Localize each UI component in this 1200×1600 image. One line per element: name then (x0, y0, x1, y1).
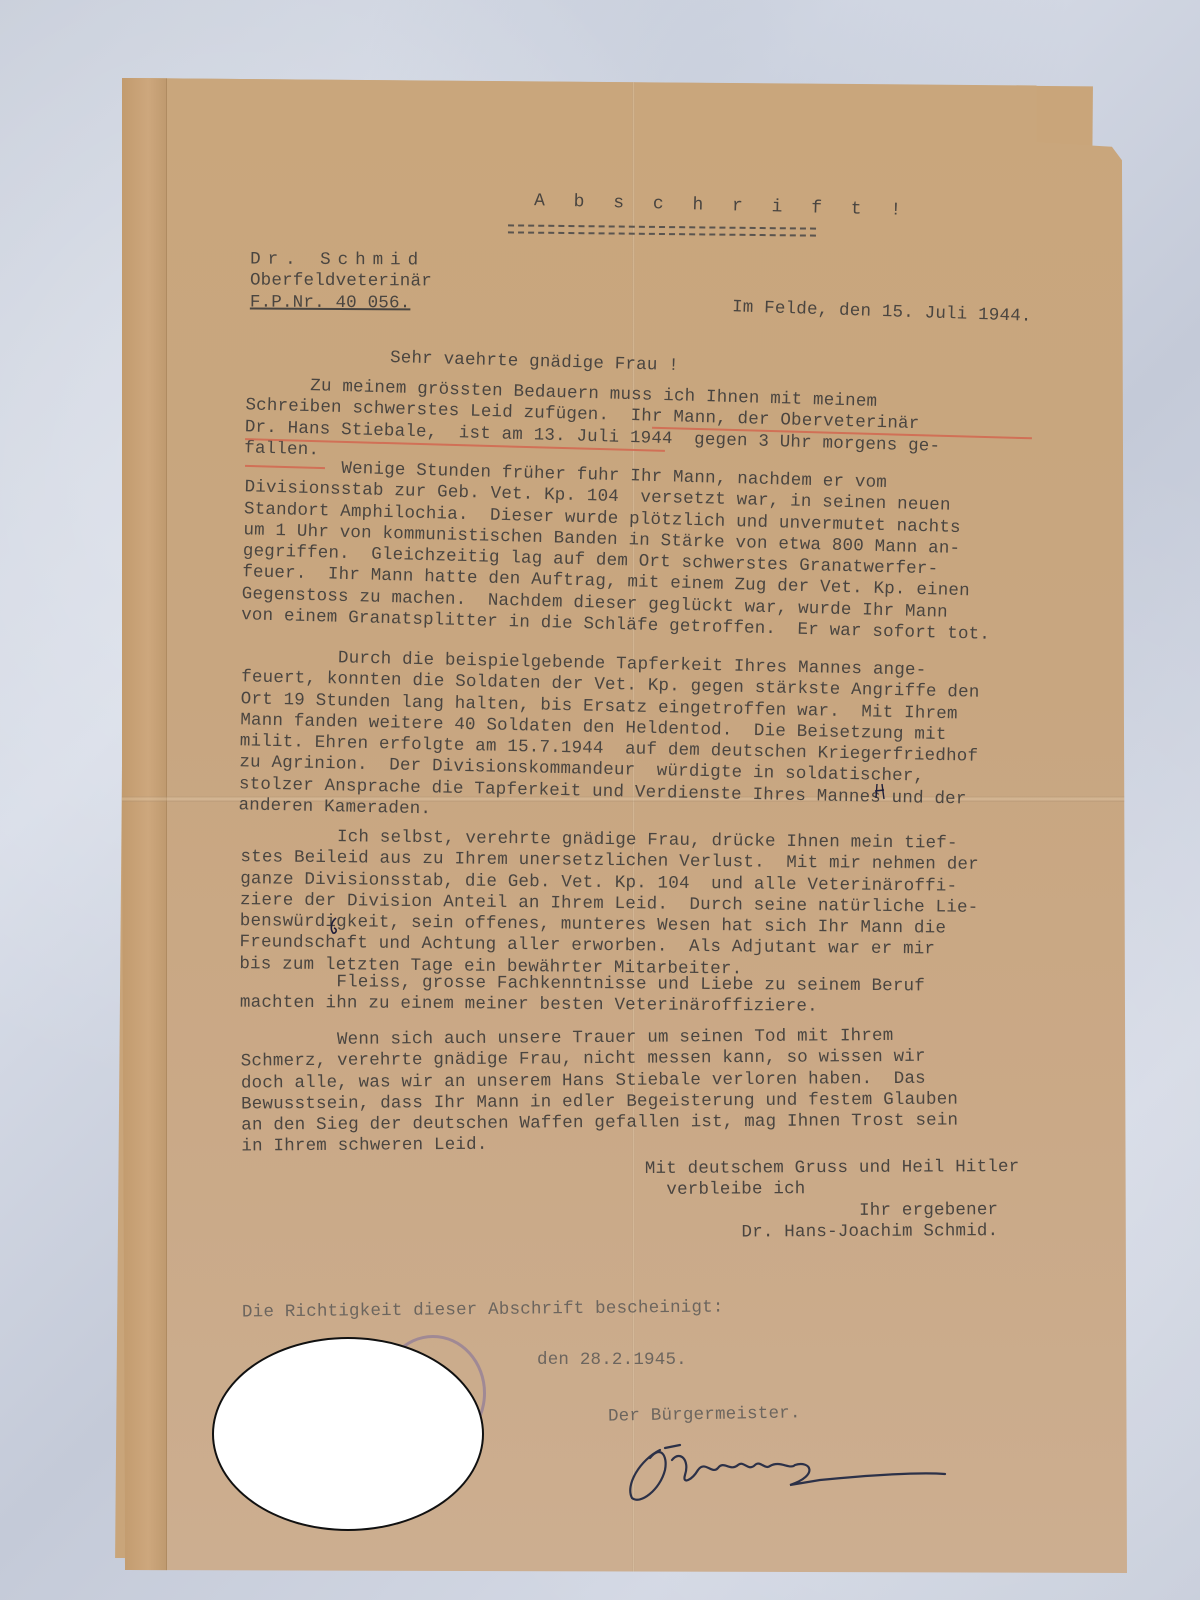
sender-name: Dr. Schmid (250, 250, 432, 272)
redaction-oval (212, 1337, 484, 1531)
closing-block: Mit deutschem Gruss und Heil Hitler verb… (645, 1157, 1020, 1244)
sender-feldpost-number: F.P.Nr. 40 056. (250, 292, 432, 314)
typed-signature: Dr. Hans-Joachim Schmid. (645, 1221, 1020, 1244)
closing-line: verbleibe ich (645, 1178, 1020, 1201)
paragraph-6: Wenn sich auch unsere Trauer um seinen T… (241, 1025, 959, 1158)
closing-greeting: Mit deutschem Gruss und Heil Hitler (645, 1157, 1020, 1180)
paragraph-4: Ich selbst, verehrte gnädige Frau, drück… (239, 826, 979, 983)
ink-correction-mark (328, 917, 340, 935)
binding-strip (122, 78, 167, 1573)
certification-date: den 28.2.1945. (430, 1350, 687, 1371)
closing-line: Ihr ergebener (645, 1200, 1020, 1223)
vertical-fold (632, 78, 635, 1573)
ink-correction-mark (873, 782, 887, 800)
sender-rank: Oberfeldveterinär (250, 271, 432, 293)
mayor-title: Der Bürgermeister. (608, 1403, 801, 1428)
paragraph-2: Wenige Stunden früher fuhr Ihr Mann, nac… (241, 456, 994, 646)
paragraph-3: Durch die beispielgebende Tapferkeit Ihr… (238, 646, 980, 832)
handwritten-signature (620, 1430, 950, 1510)
sender-block: Dr. SchmidOberfeldveterinärF.P.Nr. 40 05… (250, 250, 432, 315)
paragraph-5: Fleiss, grosse Fachkenntnisse und Liebe … (240, 972, 925, 1019)
